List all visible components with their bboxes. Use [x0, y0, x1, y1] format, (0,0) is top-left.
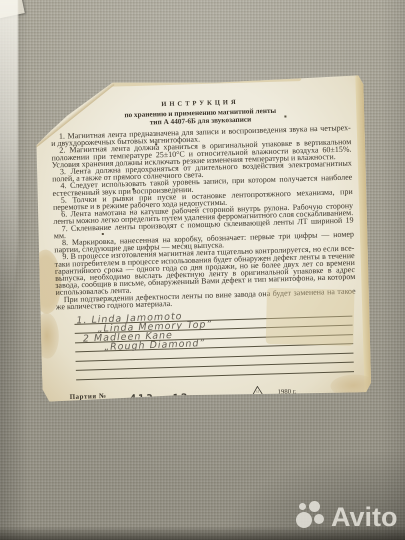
- batch-label: Партия №: [70, 392, 107, 401]
- avito-watermark: Avito: [296, 501, 392, 533]
- batch-row: Партия № 413 12 15 ОТК 1980 г.: [58, 383, 358, 410]
- month-stamp: 12: [172, 391, 189, 404]
- batch-number-stamp: 413: [130, 392, 155, 404]
- instruction-sheet: ИНСТРУКЦИЯ по хранению и применению магн…: [33, 75, 372, 402]
- photo: ИНСТРУКЦИЯ по хранению и применению магн…: [0, 0, 405, 540]
- avito-logo-icon: [296, 501, 330, 533]
- instruction-paragraphs: 1. Магнитная лента предназначена для зап…: [51, 125, 356, 311]
- specks: [33, 85, 35, 87]
- otk-triangle-stamp-icon: 15 ОТК: [250, 386, 264, 399]
- top-edge-discoloration: [91, 76, 301, 87]
- instruction-content: ИНСТРУКЦИЯ по хранению и применению магн…: [50, 89, 359, 410]
- tape-patch: [266, 288, 355, 346]
- year-label: 1980 г.: [277, 387, 296, 396]
- box-edge: [355, 73, 374, 396]
- plastic-film-strip: [0, 0, 18, 309]
- stamp-otk-text: ОТК: [254, 393, 262, 397]
- avito-wordmark: Avito: [331, 502, 398, 533]
